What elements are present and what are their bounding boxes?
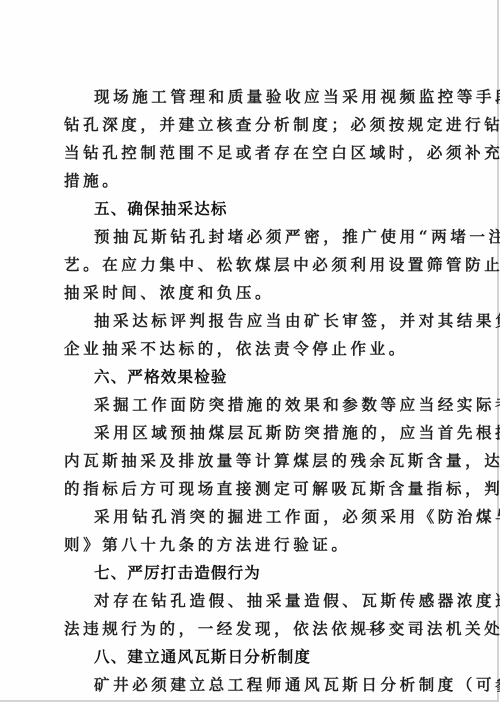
text-line: 抽采时间、浓度和负压。 (64, 279, 436, 307)
text-line: 当钻孔控制范围不足或者存在空白区域时，必须补充区域防突 (64, 139, 436, 167)
paragraph: 采掘工作面防突措施的效果和参数等应当经实际考察确定。 (64, 391, 436, 419)
text-line: 采用区域预抽煤层瓦斯防突措施的，应当首先根据检验单元 (64, 419, 436, 447)
paragraph: 现场施工管理和质量验收应当采用视频监控等手段检查确认 钻孔深度，并建立核查分析制… (64, 83, 436, 195)
text-line: 措施。 (64, 167, 436, 195)
text-line: 预抽瓦斯钻孔封堵必须严密，推广使用“两堵一注”等先进工 (64, 223, 436, 251)
paragraph: 预抽瓦斯钻孔封堵必须严密，推广使用“两堵一注”等先进工 艺。在应力集中、松软煤层… (64, 223, 436, 307)
section-heading-8: 八、建立通风瓦斯日分析制度 (64, 643, 436, 671)
text-line: 对存在钻孔造假、抽采量造假、瓦斯传感器浓度造假等严重违 (64, 587, 436, 615)
paragraph: 抽采达标评判报告应当由矿长审签，并对其结果负责。煤矿 企业抽采不达标的，依法责令… (64, 307, 436, 363)
section-heading-7: 七、严厉打击造假行为 (64, 559, 436, 587)
text-line: 抽采达标评判报告应当由矿长审签，并对其结果负责。煤矿 (64, 307, 436, 335)
paragraph: 采用区域预抽煤层瓦斯防突措施的，应当首先根据检验单元 内瓦斯抽采及排放量等计算煤… (64, 419, 436, 503)
text-line: 现场施工管理和质量验收应当采用视频监控等手段检查确认 (64, 83, 436, 111)
text-line: 艺。在应力集中、松软煤层中必须利用设置筛管防止塌孔，并保证 (64, 251, 436, 279)
paragraph: 矿井必须建立总工程师通风瓦斯日分析制度（可参考有关煤 (64, 671, 436, 699)
section-heading-5: 五、确保抽采达标 (64, 195, 436, 223)
paragraph: 采用钻孔消突的掘进工作面，必须采用《防治煤与瓦斯突出细 则》第八十九条的方法进行… (64, 503, 436, 559)
document-page: 现场施工管理和质量验收应当采用视频监控等手段检查确认 钻孔深度，并建立核查分析制… (0, 0, 499, 702)
text-line: 内瓦斯抽采及排放量等计算煤层的残余瓦斯含量，达到符合要求 (64, 447, 436, 475)
section-heading-6: 六、严格效果检验 (64, 363, 436, 391)
text-line: 则》第八十九条的方法进行验证。 (64, 531, 436, 559)
text-line: 的指标后方可现场直接测定可解吸瓦斯含量指标，判断防突效果。 (64, 475, 436, 503)
text-line: 采掘工作面防突措施的效果和参数等应当经实际考察确定。 (64, 391, 436, 419)
text-line: 钻孔深度，并建立核查分析制度；必须按规定进行钻孔轨迹测定， (64, 111, 436, 139)
page-number: — 3 — (365, 622, 428, 637)
text-line: 企业抽采不达标的，依法责令停止作业。 (64, 335, 436, 363)
text-line: 采用钻孔消突的掘进工作面，必须采用《防治煤与瓦斯突出细 (64, 503, 436, 531)
document-body: 现场施工管理和质量验收应当采用视频监控等手段检查确认 钻孔深度，并建立核查分析制… (64, 83, 436, 699)
text-line: 矿井必须建立总工程师通风瓦斯日分析制度（可参考有关煤 (64, 671, 436, 699)
